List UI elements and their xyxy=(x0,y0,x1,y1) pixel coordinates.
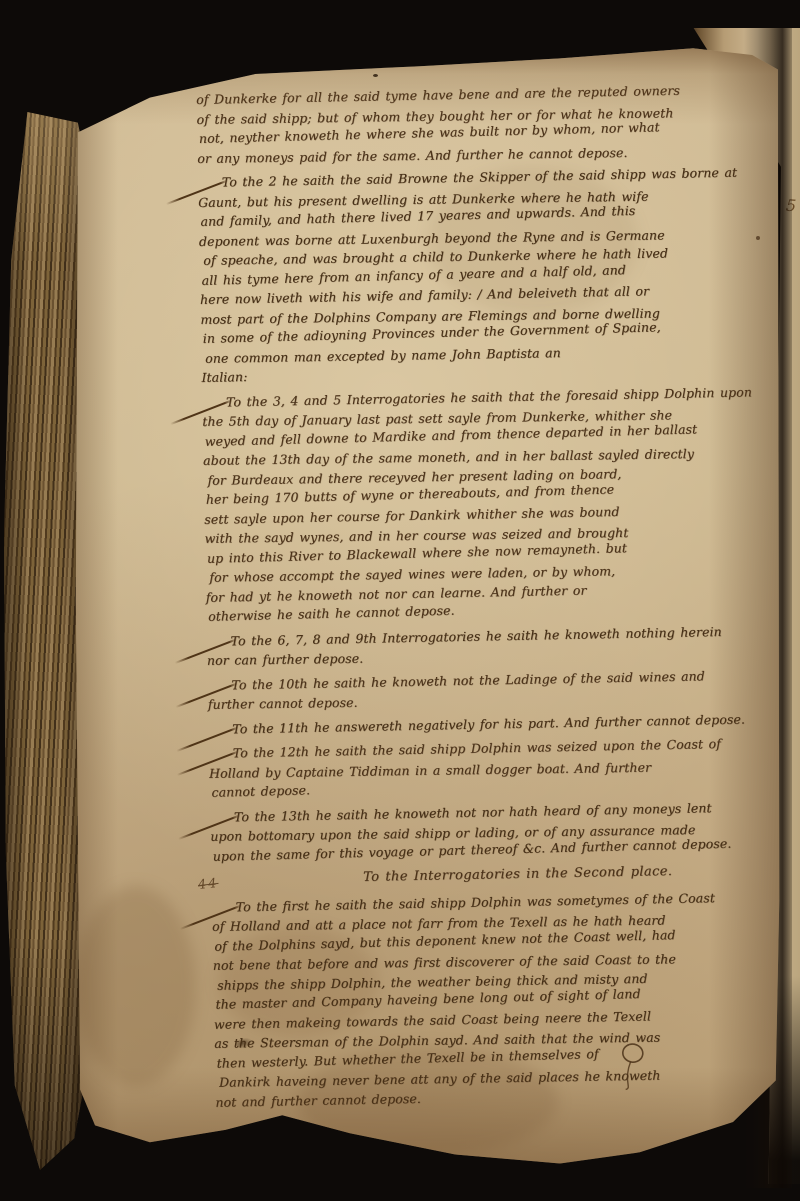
paragraph: To the 3, 4 and 5 Interrogatories he sai… xyxy=(202,382,771,627)
stain xyxy=(76,886,196,1086)
paragraph: To the first he saith the said shipp Dol… xyxy=(212,887,781,1112)
paragraph: To the 2 he saith the said Browne the Sk… xyxy=(198,162,767,387)
manuscript-line: To the Interrogatories in the Second pla… xyxy=(363,860,776,887)
paragraph: To the 13th he saith he knoweth not nor … xyxy=(210,797,776,866)
text-block: of Dunkerke for all the said tyme have b… xyxy=(196,79,781,1117)
speck xyxy=(373,74,378,77)
manuscript-page: 44 of Dunkerke for all the said tyme hav… xyxy=(68,46,780,1168)
paragraph: To the 6, 7, 8 and 9th Interrogatories h… xyxy=(206,621,772,671)
manuscript-photograph: 5 44 of Dunkerke for all the said tyme h… xyxy=(0,0,800,1201)
paragraph: of Dunkerke for all the said tyme have b… xyxy=(196,79,762,168)
paragraph: To the 10th he saith he knoweth not the … xyxy=(207,665,773,715)
paraph-flourish-icon xyxy=(609,1036,652,1096)
section-heading: To the Interrogatories in the Second pla… xyxy=(211,860,776,890)
paragraph: To the 12th he saith the said shipp Dolp… xyxy=(209,733,775,802)
